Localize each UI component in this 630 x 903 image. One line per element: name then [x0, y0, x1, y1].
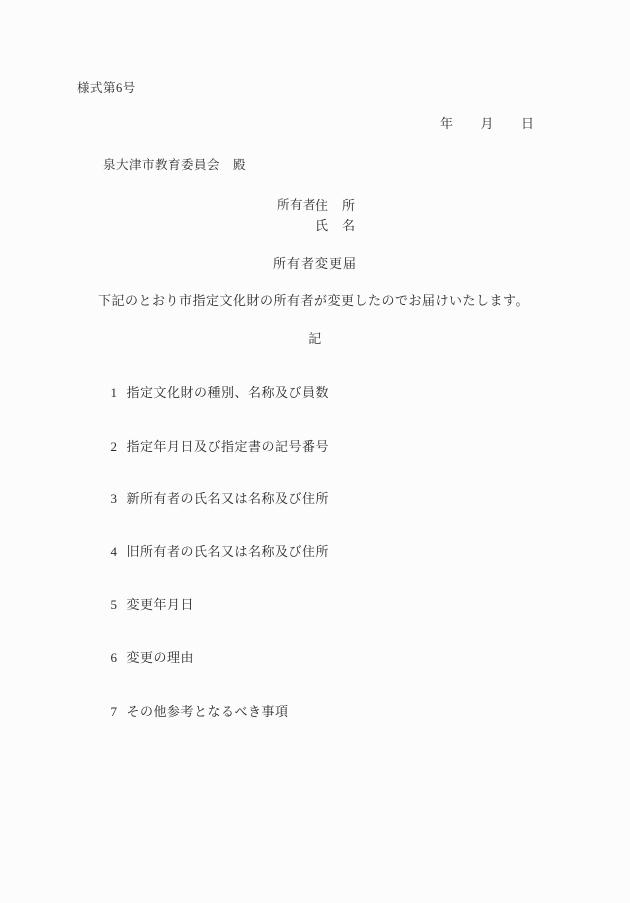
item-text: 変更年月日 [127, 597, 195, 612]
item-number: 5 [111, 598, 127, 611]
item-list: 1指定文化財の種別、名称及び員数 2指定年月日及び指定書の記号番号 3新所有者の… [0, 0, 630, 903]
item-number: 2 [111, 440, 127, 453]
item-number: 4 [111, 545, 127, 558]
list-item: 7その他参考となるべき事項 [88, 692, 289, 731]
item-text: その他参考となるべき事項 [127, 704, 289, 719]
list-item: 2指定年月日及び指定書の記号番号 [88, 427, 329, 466]
list-item: 6変更の理由 [88, 638, 194, 677]
document-page: 様式第6号 年 月 日 泉大津市教育委員会 殿 所有者 住 所 氏 名 所有者変… [0, 0, 630, 903]
item-text: 指定年月日及び指定書の記号番号 [127, 439, 330, 454]
item-text: 指定文化財の種別、名称及び員数 [127, 385, 330, 400]
list-item: 1指定文化財の種別、名称及び員数 [88, 373, 329, 412]
item-number: 6 [111, 651, 127, 664]
item-number: 1 [111, 386, 127, 399]
item-number: 3 [111, 492, 127, 505]
item-text: 新所有者の氏名又は名称及び住所 [127, 491, 330, 506]
item-text: 旧所有者の氏名又は名称及び住所 [127, 544, 330, 559]
item-number: 7 [111, 705, 127, 718]
list-item: 3新所有者の氏名又は名称及び住所 [88, 479, 329, 518]
item-text: 変更の理由 [127, 650, 195, 665]
list-item: 5変更年月日 [88, 585, 194, 624]
list-item: 4旧所有者の氏名又は名称及び住所 [88, 532, 329, 571]
